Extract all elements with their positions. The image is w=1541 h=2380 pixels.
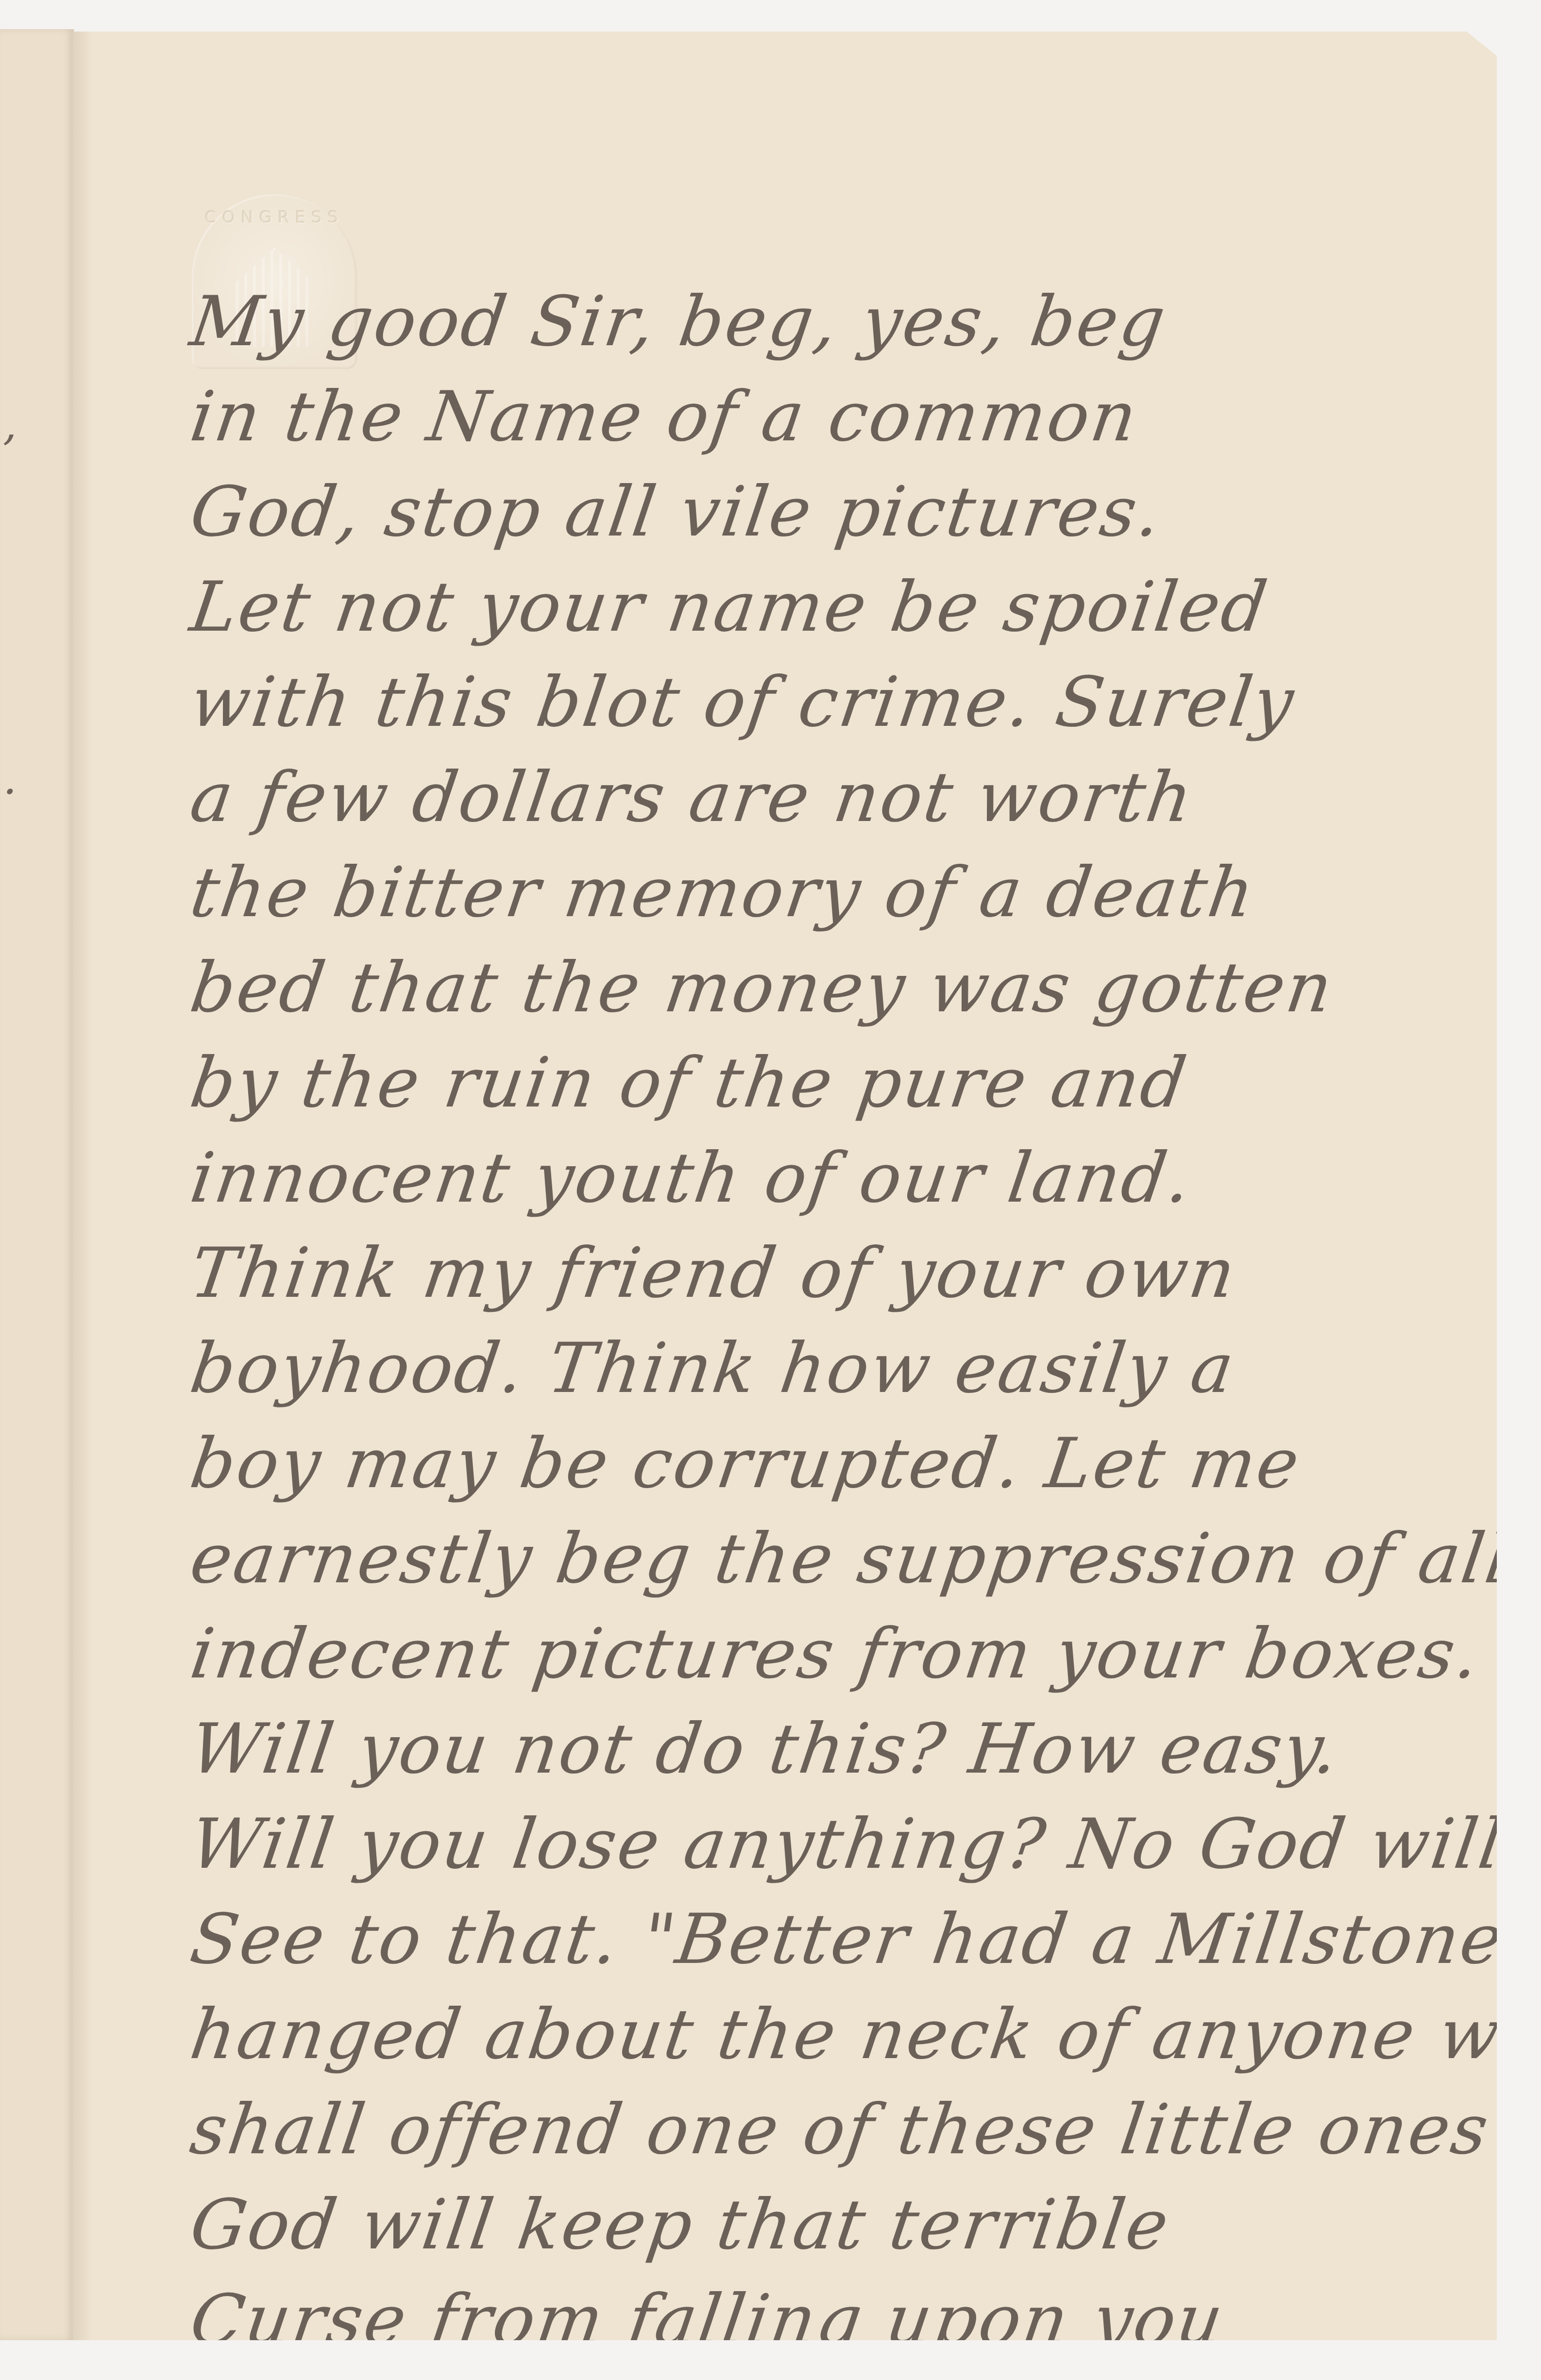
handwritten-line: My good Sir, beg, yes, beg [185,274,1500,369]
left-page-fragment: . [3,757,17,801]
handwritten-line: innocent youth of our land. [185,1131,1500,1226]
handwritten-line: God, stop all vile pictures. [185,465,1500,560]
seal-text: CONGRESS [192,208,357,227]
handwritten-line: indecent pictures from your boxes. [185,1607,1500,1702]
handwritten-line: See to that. "Better had a Millstone be [185,1892,1500,1987]
handwritten-line: shall offend one of these little ones". [185,2082,1500,2178]
handwritten-line: bed that the money was gotten [185,940,1500,1036]
handwritten-line: hanged about the neck of anyone who [185,1987,1500,2082]
handwritten-line: the bitter memory of a death [185,845,1500,940]
handwritten-line: in the Name of a common [185,369,1500,465]
handwritten-line: God will keep that terrible [185,2178,1500,2273]
handwritten-line: Let not your name be spoiled [185,560,1500,655]
handwritten-line: boy may be corrupted. Let me [185,1416,1500,1511]
handwritten-line: Will you not do this? How easy. [185,1702,1500,1797]
handwritten-line: earnestly beg the suppression of all [185,1511,1500,1607]
previous-page-edge: , . [0,29,74,2340]
letter-sheet: CONGRESS My good Sir, beg, yes, beg in t… [73,32,1498,2340]
handwritten-line: boyhood. Think how easily a [185,1321,1500,1416]
handwritten-line: Will you lose anything? No God will [185,1797,1500,1892]
handwritten-line: a few dollars are not worth [185,750,1500,845]
left-page-fragment: , [3,403,17,447]
handwritten-line: Think my friend of your own [185,1226,1500,1321]
handwritten-line: by the ruin of the pure and [185,1036,1500,1131]
handwritten-line: with this blot of crime. Surely [185,655,1500,750]
letter-body: My good Sir, beg, yes, beg in the Name o… [185,274,1486,2368]
handwritten-line: Curse from falling upon you [185,2273,1500,2368]
